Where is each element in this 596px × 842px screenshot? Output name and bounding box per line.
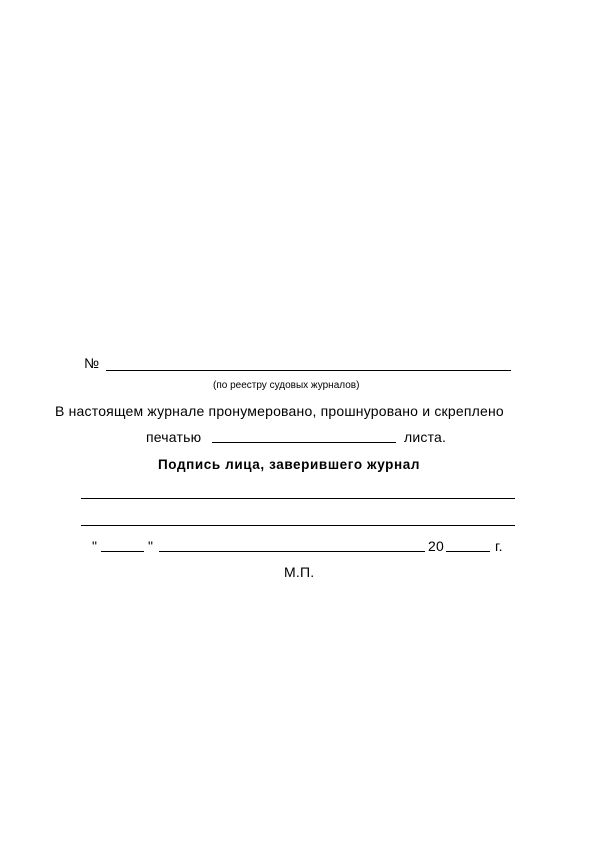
year-suffix: г. <box>495 538 503 554</box>
number-blank-line[interactable] <box>106 370 511 371</box>
date-close-quote: " <box>148 538 153 554</box>
seal-suffix: листа. <box>404 429 446 445</box>
stamp-label: М.П. <box>284 564 314 580</box>
year-blank-line[interactable] <box>446 551 490 552</box>
day-blank-line[interactable] <box>101 551 144 552</box>
statement-text: В настоящем журнале пронумеровано, прошн… <box>55 403 504 419</box>
number-label: № <box>84 355 99 371</box>
month-blank-line[interactable] <box>159 551 425 552</box>
seal-prefix: печатью <box>146 429 201 445</box>
year-prefix: 20 <box>428 538 444 554</box>
signature-blank-line-1[interactable] <box>81 498 515 499</box>
sheet-count-blank-line[interactable] <box>212 442 396 443</box>
signature-blank-line-2[interactable] <box>81 525 515 526</box>
signature-heading: Подпись лица, заверившего журнал <box>158 457 420 472</box>
registry-caption: (по реестру судовых журналов) <box>213 380 359 391</box>
date-open-quote: " <box>92 538 97 554</box>
